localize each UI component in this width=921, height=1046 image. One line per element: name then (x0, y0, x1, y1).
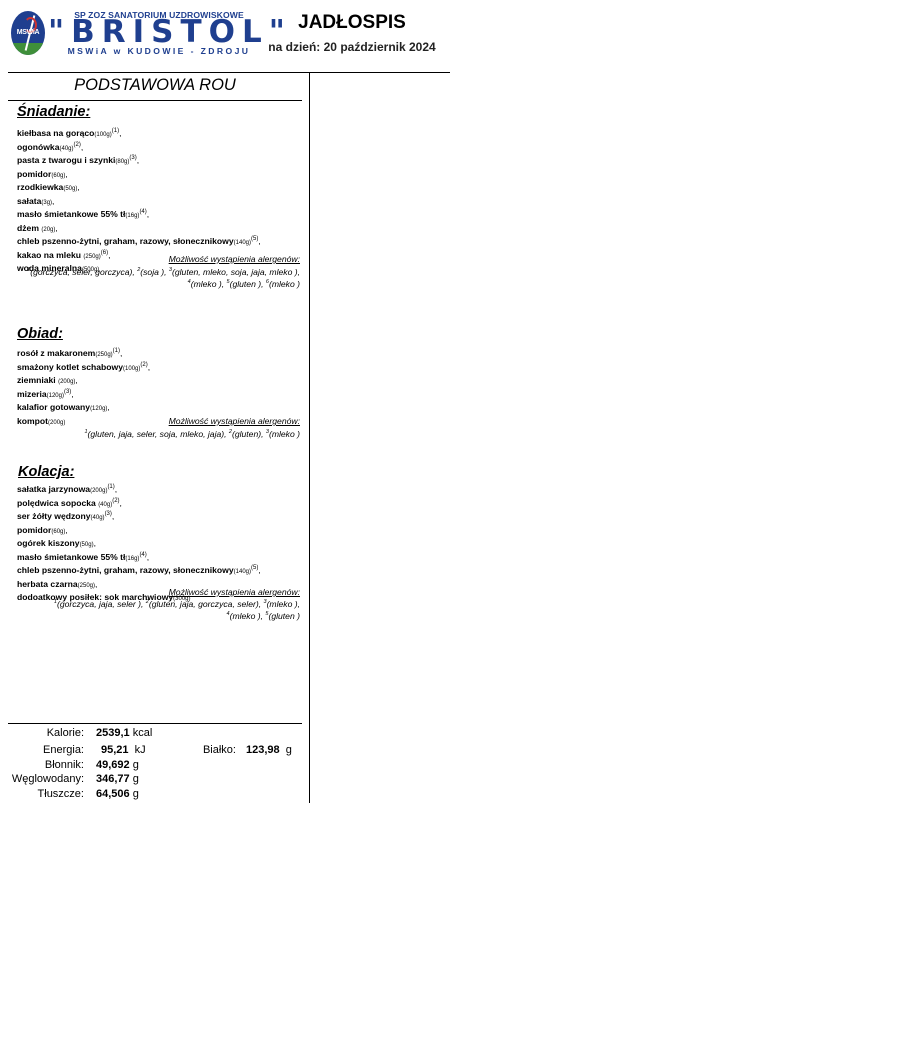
meal-item-weight: (120g) (90, 406, 107, 412)
separator: , (120, 498, 122, 508)
allergen-reference: (2) (140, 362, 147, 368)
allergen-text: (gluten, mleko, soja, jaja, mleko ), (172, 267, 300, 277)
nutrition-unit: g (133, 759, 139, 771)
allergen-text: (mleko ) (269, 279, 300, 289)
meal-item: smażony kotlet schabowy(100g)(2), (17, 362, 307, 376)
meal-item-weight: (40g) (91, 515, 105, 521)
separator: , (55, 223, 57, 233)
nutrition-label: Białko: (152, 744, 236, 756)
header-divider (8, 72, 450, 73)
meal-item-name: pomidor (17, 169, 51, 179)
meal-item: masło śmietankowe 55% tł(16g)(4), (17, 552, 307, 566)
meal-item-weight: (140g) (234, 240, 251, 246)
nutrition-divider (8, 723, 302, 724)
menu-date: na dzień: 20 październik 2024 (262, 40, 442, 54)
allergen-reference: (3) (105, 511, 112, 517)
meal-item-name: ser żółty wędzony (17, 511, 91, 521)
meal-item-weight: (50g) (63, 186, 77, 192)
meal-item: kiełbasa na gorąco(100g)(1), (17, 128, 307, 142)
meal-item-name: rzodkiewka (17, 182, 63, 192)
nutrition-summary: Kalorie: 2539,1 kcal Energia: 95,21 kJ B… (0, 727, 300, 807)
meal-item-weight: (250g) (95, 352, 112, 358)
allergen-text: (mleko ) (269, 429, 300, 439)
separator: , (107, 402, 109, 412)
meal-item: kalafior gotowany(120g), (17, 402, 307, 416)
meal-item: ziemniaki (200g), (17, 375, 307, 389)
separator: , (137, 155, 139, 165)
separator: , (115, 484, 117, 494)
meal-item-weight: (100g) (94, 132, 111, 138)
allergen-reference: (4) (139, 209, 146, 215)
meal-item-weight: (16g) (125, 213, 139, 219)
meal-item: pasta z twarogu i szynki(80g)(3), (17, 155, 307, 169)
allergen-reference: (2) (74, 142, 81, 148)
meal-item-weight: (40g) (60, 146, 74, 152)
document-title: JADŁOSPIS (262, 12, 442, 34)
meal-item-name: dżem (17, 223, 41, 233)
allergen-reference: (1) (107, 484, 114, 490)
meal-item-weight: (100g) (123, 366, 140, 372)
nutrition-label: Energia: (0, 744, 84, 756)
meal-item-name: pomidor (17, 525, 51, 535)
meal-item-name: kiełbasa na gorąco (17, 128, 94, 138)
allergen-reference: (2) (112, 498, 119, 504)
meal-item-name: chleb pszenno-żytni, graham, razowy, sło… (17, 236, 234, 246)
nutrition-unit: g (133, 788, 139, 800)
allergen-text: (soja ), (140, 267, 169, 277)
allergen-text: (mleko ), (267, 599, 300, 609)
allergen-text: (gluten, jaja, gorczyca, seler), (149, 599, 264, 609)
meal-item: pomidor(60g), (17, 525, 307, 539)
meal-item-name: rosół z makaronem (17, 348, 95, 358)
nutrition-unit: kcal (133, 727, 153, 739)
meal-item-name: ziemniaki (17, 375, 58, 385)
allergen-list: 1(gorczyca, seler, gorczyca), 2(soja ), … (10, 266, 300, 290)
organization-name: "BRISTOL" (48, 16, 260, 48)
allergen-text: (gluten), (232, 429, 266, 439)
meal-item-weight: (80g) (115, 159, 129, 165)
allergen-heading: Możliwość wystąpienia alergenów: (40, 416, 300, 426)
meal-item-name: polędwica sopocka (17, 498, 98, 508)
meal-item-name: mizeria (17, 389, 47, 399)
nutrition-value: 49,692 (96, 759, 130, 771)
mswia-emblem-icon: MSWiA (11, 11, 45, 55)
column-divider (309, 73, 310, 803)
meal-item: mizeria(120g)(3), (17, 389, 307, 403)
separator: , (147, 552, 149, 562)
meal-item-weight: (60g) (51, 529, 65, 535)
allergen-text: (gluten ), (230, 279, 266, 289)
meal-item-name: smażony kotlet schabowy (17, 362, 123, 372)
meal-item-name: chleb pszenno-żytni, graham, razowy, sło… (17, 565, 234, 575)
nutrition-label: Tłuszcze: (0, 788, 84, 800)
nutrition-value: 64,506 (96, 788, 130, 800)
nutrition-label: Kalorie: (0, 727, 84, 739)
allergen-text: (gorczyca, seler, gorczyca), (30, 267, 137, 277)
separator: , (258, 565, 260, 575)
separator: , (148, 362, 150, 372)
meal-item: chleb pszenno-żytni, graham, razowy, sło… (17, 565, 307, 579)
meal-item-name: kalafior gotowany (17, 402, 90, 412)
allergen-text: (mleko ), (230, 611, 266, 621)
nutrition-unit: kJ (135, 744, 146, 756)
allergen-reference: (1) (113, 348, 120, 354)
meal-item-name: masło śmietankowe 55% tł (17, 552, 125, 562)
allergen-heading: Możliwość wystąpienia alergenów: (40, 254, 300, 264)
meal-item-name: masło śmietankowe 55% tł (17, 209, 125, 219)
meal-item-name: sałata (17, 196, 41, 206)
meal-item-weight: (50g) (80, 542, 94, 548)
meal-item-weight: (200g) (58, 379, 75, 385)
meal-item-name: pasta z twarogu i szynki (17, 155, 115, 165)
allergen-list: 1(gorczyca, jaja, seler ), 2(gluten, jaj… (25, 598, 300, 622)
nutrition-value: 123,98 (246, 744, 280, 756)
separator: , (94, 538, 96, 548)
nutrition-value: 346,77 (96, 773, 130, 785)
allergen-reference: (3) (129, 155, 136, 161)
separator: , (75, 375, 77, 385)
separator: , (112, 511, 114, 521)
nutrition-unit: g (133, 773, 139, 785)
meal-item: ogonówka(40g)(2), (17, 142, 307, 156)
separator: , (77, 182, 79, 192)
meal-item-name: ogonówka (17, 142, 60, 152)
organization-location: MSWiA w KUDOWIE - ZDROJU (64, 46, 254, 56)
separator: , (65, 525, 67, 535)
meal-item: masło śmietankowe 55% tł(16g)(4), (17, 209, 307, 223)
separator: , (119, 128, 121, 138)
separator: , (52, 196, 54, 206)
meal-item: ogórek kiszony(50g), (17, 538, 307, 552)
title-divider (8, 100, 302, 101)
meal-item: dżem (20g), (17, 223, 307, 237)
allergen-list: 1(gluten, jaja, seler, soja, mleko, jaja… (10, 428, 300, 440)
diet-title: PODSTAWOWA ROU (8, 76, 302, 95)
logo-text: MSWiA (11, 29, 45, 36)
allergen-text: (gluten ) (268, 611, 300, 621)
meal-item-weight: (140g) (234, 569, 251, 575)
separator: , (147, 209, 149, 219)
meal-item: sałatka jarzynowa(200g)(1), (17, 484, 307, 498)
allergen-heading: Możliwość wystąpienia alergenów: (40, 587, 300, 597)
meal-item-name: ogórek kiszony (17, 538, 80, 548)
separator: , (258, 236, 260, 246)
meal-item: chleb pszenno-żytni, graham, razowy, sło… (17, 236, 307, 250)
nutrition-value: 2539,1 (96, 727, 130, 739)
meal-item-weight: (60g) (51, 173, 65, 179)
nutrition-label: Błonnik: (0, 759, 84, 771)
meal-item: sałata(3g), (17, 196, 307, 210)
separator: , (81, 142, 83, 152)
meal-item: rosół z makaronem(250g)(1), (17, 348, 307, 362)
meal-heading: Śniadanie: (17, 104, 90, 120)
allergen-text: (mleko ), (191, 279, 227, 289)
meal-item-weight: (200g) (90, 488, 107, 494)
meal-item: polędwica sopocka (40g)(2), (17, 498, 307, 512)
meal-heading: Kolacja: (18, 464, 74, 480)
separator: , (65, 169, 67, 179)
nutrition-unit: g (286, 744, 292, 756)
meal-item-weight: (120g) (47, 393, 64, 399)
meal-item-weight: (3g) (41, 200, 52, 206)
meal-item: pomidor(60g), (17, 169, 307, 183)
meal-item-weight: (20g) (41, 227, 55, 233)
meal-item-name: sałatka jarzynowa (17, 484, 90, 494)
meal-item: ser żółty wędzony(40g)(3), (17, 511, 307, 525)
meal-item: rzodkiewka(50g), (17, 182, 307, 196)
meal-item-weight: (40g) (98, 502, 112, 508)
allergen-reference: (1) (112, 128, 119, 134)
allergen-reference: (4) (139, 552, 146, 558)
nutrition-value: 95,21 (101, 744, 129, 756)
separator: , (120, 348, 122, 358)
meal-item-weight: (16g) (125, 556, 139, 562)
allergen-text: (gorczyca, jaja, seler ), (57, 599, 146, 609)
meal-heading: Obiad: (17, 326, 63, 342)
separator: , (71, 389, 73, 399)
allergen-text: (gluten, jaja, seler, soja, mleko, jaja)… (88, 429, 229, 439)
nutrition-label: Węglowodany: (0, 773, 84, 785)
